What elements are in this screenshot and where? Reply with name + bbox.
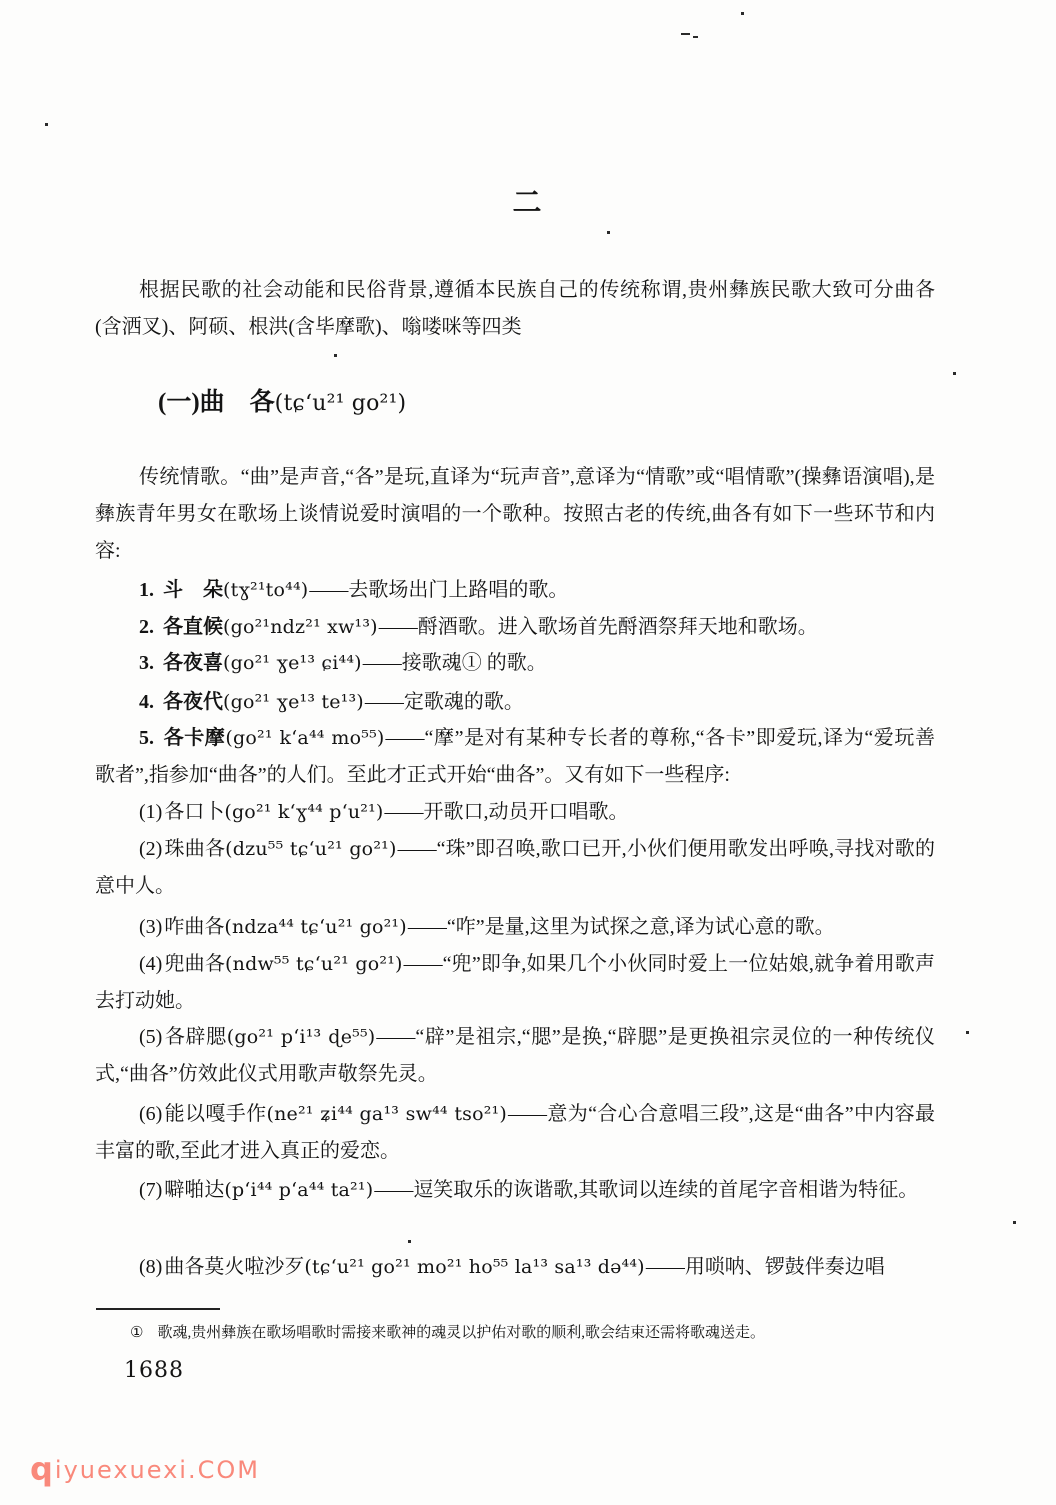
procedure-name: 噼啪达 [164, 1179, 224, 1201]
scan-speck [681, 33, 690, 35]
procedure-number: (3) [139, 916, 162, 938]
step-item-4: 4.各夜代(go²¹ ɣe¹³ te¹³)——定歌魂的歌。 [95, 684, 935, 721]
watermark-q: q [30, 1450, 55, 1488]
step-number: 3. [139, 652, 154, 674]
watermark-rest: iyuexuexi.COM [55, 1456, 260, 1484]
em-dash: —— [404, 953, 442, 975]
step-number: 5. [139, 727, 154, 749]
procedure-number: (4) [139, 953, 162, 975]
procedure-item-6: (6)能以嘎手作(ne²¹ ʑi⁴⁴ ga¹³ sw⁴⁴ tso²¹)——意为“… [95, 1096, 935, 1170]
page-number: 1688 [124, 1358, 184, 1383]
step-number: 2. [139, 616, 154, 638]
step-description: 接歌魂① 的歌。 [402, 652, 547, 674]
procedure-phonetic: (ndza⁴⁴ tɕ‘u²¹ go²¹) [224, 916, 407, 938]
procedure-item-5: (5)各辟腮(go²¹ p‘i¹³ ɖe⁵⁵)——“辟”是祖宗,“腮”是换,“辟… [95, 1019, 935, 1093]
section-heading: (一)曲 各(tɕ‘u²¹ go²¹) [158, 382, 406, 418]
procedure-description: 用唢呐、锣鼓伴奏边唱 [685, 1256, 885, 1278]
scan-speck [966, 1031, 969, 1034]
book-page: 二 根据民歌的社会动能和民俗背景,遵循本民族自己的传统称谓,贵州彝族民歌大致可分… [0, 0, 1056, 1505]
step-name: 各夜喜 [163, 652, 223, 674]
scan-speck [953, 372, 956, 375]
step-phonetic: (go²¹ k‘a⁴⁴ mo⁵⁵) [225, 727, 384, 749]
intro-paragraph: 根据民歌的社会动能和民俗背景,遵循本民族自己的传统称谓,贵州彝族民歌大致可分曲各… [95, 272, 935, 346]
step-phonetic: (go²¹ ɣe¹³ ɕi⁴⁴) [223, 652, 362, 674]
scan-speck [693, 36, 698, 38]
procedure-phonetic: (go²¹ p‘i¹³ ɖe⁵⁵) [227, 1026, 376, 1048]
scan-speck [45, 123, 48, 126]
section-label: (一)曲 各 [158, 389, 275, 416]
procedure-number: (1) [139, 801, 162, 823]
step-description: 定歌魂的歌。 [404, 691, 524, 713]
procedure-item-8: (8)曲各莫火啦沙歹(tɕ‘u²¹ go²¹ mo²¹ ho⁵⁵ la¹³ sa… [95, 1249, 935, 1286]
step-description: 去歌场出门上路唱的歌。 [348, 579, 568, 601]
step-item-5: 5.各卡摩(go²¹ k‘a⁴⁴ mo⁵⁵)——“摩”是对有某种专长者的尊称,“… [95, 720, 935, 794]
procedure-item-1: (1)各口卜(go²¹ k‘ɣ⁴⁴ p‘u²¹)——开歌口,动员开口唱歌。 [95, 794, 935, 831]
step-name: 各直候 [163, 616, 223, 638]
lead-paragraph: 传统情歌。“曲”是声音,“各”是玩,直译为“玩声音”,意译为“情歌”或“唱情歌”… [95, 459, 935, 570]
watermark: qiyuexuexi.COM [30, 1450, 260, 1488]
procedure-name: 曲各莫火啦沙歹 [164, 1256, 304, 1278]
em-dash: —— [365, 691, 403, 713]
procedure-phonetic: (tɕ‘u²¹ go²¹ mo²¹ ho⁵⁵ la¹³ sa¹³ də⁴⁴) [304, 1256, 644, 1278]
step-number: 1. [139, 579, 154, 601]
em-dash: —— [374, 1179, 412, 1201]
procedure-name: 能以嘎手作 [164, 1103, 266, 1125]
step-item-3: 3.各夜喜(go²¹ ɣe¹³ ɕi⁴⁴)——接歌魂① 的歌。 [95, 645, 935, 682]
step-phonetic: (tɣ²¹to⁴⁴) [223, 579, 308, 601]
procedure-phonetic: (go²¹ k‘ɣ⁴⁴ p‘u²¹) [224, 801, 383, 823]
em-dash: —— [508, 1103, 546, 1125]
procedure-number: (7) [139, 1179, 162, 1201]
step-description: 酹酒歌。进入歌场首先酹酒祭拜天地和歌场。 [418, 616, 818, 638]
step-phonetic: (go²¹ndz²¹ xw¹³) [223, 616, 378, 638]
procedure-item-2: (2)珠曲各(dzu⁵⁵ tɕ‘u²¹ go²¹)——“珠”即召唤,歌口已开,小… [95, 831, 935, 905]
step-name: 各夜代 [163, 691, 223, 713]
section-phonetic: (tɕ‘u²¹ go²¹) [275, 391, 407, 416]
step-phonetic: (go²¹ ɣe¹³ te¹³) [223, 691, 364, 713]
procedure-item-7: (7)噼啪达(p‘i⁴⁴ p‘a⁴⁴ ta²¹)——逗笑取乐的诙谐歌,其歌词以连… [95, 1172, 935, 1209]
procedure-item-4: (4)兜曲各(ndw⁵⁵ tɕ‘u²¹ go²¹)——“兜”即争,如果几个小伙同… [95, 946, 935, 1020]
scan-speck [741, 12, 744, 15]
step-item-2: 2.各直候(go²¹ndz²¹ xw¹³)——酹酒歌。进入歌场首先酹酒祭拜天地和… [95, 609, 935, 646]
procedure-item-3: (3)咋曲各(ndza⁴⁴ tɕ‘u²¹ go²¹)——“咋”是量,这里为试探之… [95, 909, 935, 946]
em-dash: —— [398, 838, 436, 860]
step-name: 各卡摩 [163, 727, 225, 749]
procedure-number: (2) [139, 838, 162, 860]
procedure-name: 珠曲各 [164, 838, 225, 860]
step-name: 斗 朵 [163, 579, 223, 601]
procedure-phonetic: (ne²¹ ʑi⁴⁴ ga¹³ sw⁴⁴ tso²¹) [266, 1103, 507, 1125]
procedure-name: 兜曲各 [164, 953, 225, 975]
scan-speck [334, 354, 337, 357]
procedure-phonetic: (dzu⁵⁵ tɕ‘u²¹ go²¹) [225, 838, 396, 860]
step-number: 4. [139, 691, 154, 713]
step-item-1: 1.斗 朵(tɣ²¹to⁴⁴)——去歌场出门上路唱的歌。 [95, 572, 935, 609]
procedure-number: (6) [139, 1103, 162, 1125]
scan-speck [607, 231, 610, 234]
scan-speck [408, 1240, 411, 1243]
procedure-name: 各辟腮 [164, 1026, 226, 1048]
procedure-phonetic: (p‘i⁴⁴ p‘a⁴⁴ ta²¹) [224, 1179, 373, 1201]
em-dash: —— [379, 616, 417, 638]
scan-speck [1013, 1221, 1016, 1224]
procedure-phonetic: (ndw⁵⁵ tɕ‘u²¹ go²¹) [225, 953, 403, 975]
em-dash: —— [385, 801, 423, 823]
footnote: ①歌魂,贵州彝族在歌场唱歌时需接来歌神的魂灵以护佑对歌的顺利,歌会结束还需将歌魂… [130, 1322, 930, 1344]
procedure-name: 各口卜 [164, 801, 224, 823]
footnote-text: 歌魂,贵州彝族在歌场唱歌时需接来歌神的魂灵以护佑对歌的顺利,歌会结束还需将歌魂送… [157, 1325, 765, 1341]
em-dash: —— [376, 1026, 414, 1048]
procedure-description: “咋”是量,这里为试探之意,译为试心意的歌。 [447, 916, 835, 938]
chapter-title: 二 [0, 180, 1056, 221]
footnote-separator [96, 1308, 220, 1310]
procedure-description: 逗笑取乐的诙谐歌,其歌词以连续的首尾字音相谐为特征。 [413, 1179, 918, 1201]
em-dash: —— [363, 652, 401, 674]
procedure-number: (8) [139, 1256, 162, 1278]
procedure-name: 咋曲各 [164, 916, 224, 938]
procedure-description: 开歌口,动员开口唱歌。 [424, 801, 629, 823]
em-dash: —— [646, 1256, 684, 1278]
em-dash: —— [309, 579, 347, 601]
em-dash: —— [386, 727, 424, 749]
procedure-number: (5) [139, 1026, 162, 1048]
em-dash: —— [408, 916, 446, 938]
footnote-marker: ① [130, 1325, 143, 1341]
